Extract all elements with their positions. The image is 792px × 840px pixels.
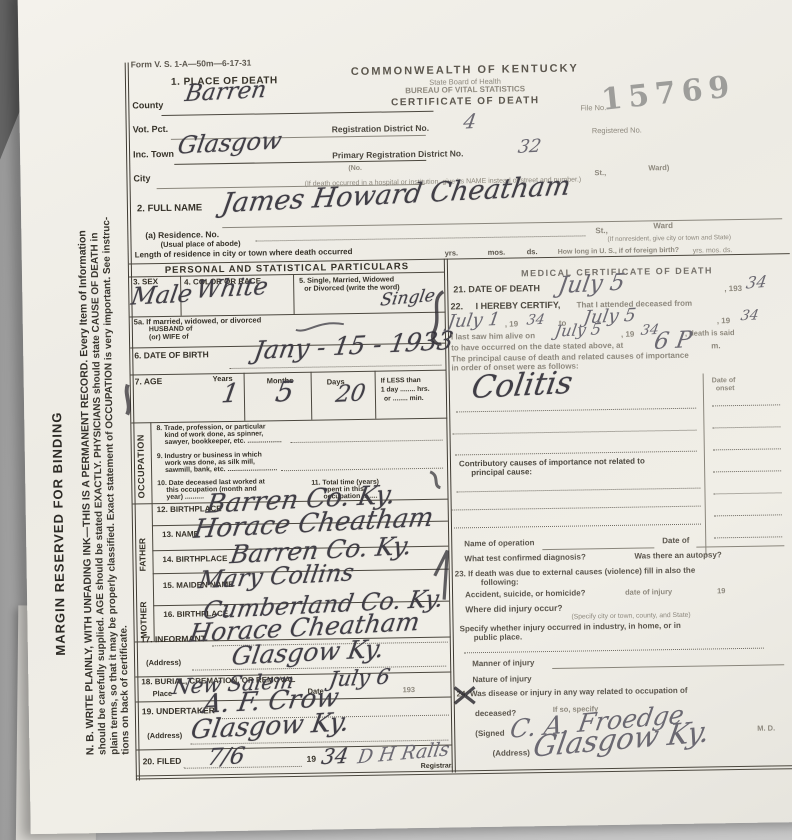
last-saw-value: July 5 bbox=[554, 321, 603, 339]
burial-place-label: Place bbox=[153, 690, 173, 698]
date-of-death-year-print: , 193 bbox=[724, 285, 742, 294]
occupation-10-line3: year) .......... bbox=[166, 493, 204, 501]
age-label: 7. AGE bbox=[135, 377, 163, 386]
if-less-label-1: If LESS than bbox=[381, 377, 421, 385]
operation-date-label: Date of bbox=[662, 537, 689, 546]
if-less-label-3: or ........ min. bbox=[384, 395, 424, 403]
length-mos: mos. bbox=[488, 249, 506, 257]
length-ds: ds. bbox=[527, 248, 538, 256]
last-saw-year-print: , 19 bbox=[621, 331, 634, 340]
ink-mark bbox=[426, 468, 444, 490]
married-label-2: HUSBAND of bbox=[149, 326, 193, 334]
md-label: M. D. bbox=[757, 724, 775, 732]
informant-address-label: (Address) bbox=[146, 659, 181, 667]
physician-address-label: (Address) bbox=[493, 749, 530, 758]
from-year-value: 34 bbox=[526, 313, 546, 328]
sex-value: Male bbox=[129, 281, 194, 308]
q24-label-2: deceased? bbox=[475, 710, 516, 719]
specify-injury-label-2: public place. bbox=[474, 633, 523, 642]
abode-note: (Usual place of abode) bbox=[160, 240, 240, 249]
father-side-label: FATHER bbox=[138, 525, 148, 571]
full-name-label: 2. FULL NAME bbox=[137, 203, 202, 214]
certificate-sheet: MARGIN RESERVED FOR BINDING N. B. WRITE … bbox=[0, 0, 792, 840]
married-label-3: (or) WIFE of bbox=[149, 334, 189, 342]
attended-from-value: July 1 bbox=[446, 311, 501, 332]
undertaker-address-label: (Address) bbox=[147, 732, 182, 740]
nature-label: Nature of injury bbox=[472, 675, 531, 684]
st-note: St., bbox=[594, 169, 606, 177]
last-saw-print: I last saw him alive on bbox=[451, 332, 535, 342]
ink-mark bbox=[426, 288, 449, 350]
ink-mark bbox=[450, 681, 478, 709]
filed-year-value: 34 bbox=[320, 746, 350, 769]
city-label: City bbox=[133, 174, 150, 184]
county-value: Barren bbox=[183, 79, 268, 106]
form-number: Form V. S. 1-A—50m—6-17-31 bbox=[131, 59, 252, 70]
cause-of-death-value: Colitis bbox=[469, 368, 574, 404]
where-injury-label: Where did injury occur? bbox=[465, 604, 562, 614]
contributory-label-2: principal cause: bbox=[471, 468, 532, 477]
injury-19-print: 19 bbox=[717, 587, 725, 595]
foreign-birth-units: yrs. mos. ds. bbox=[693, 247, 733, 255]
residence-st: St., bbox=[595, 227, 608, 236]
registrar-label: Registrar. bbox=[421, 763, 453, 771]
vot-pct-label: Vot. Pct. bbox=[133, 125, 168, 135]
autopsy-label: Was there an autopsy? bbox=[634, 551, 721, 561]
ink-mark bbox=[122, 382, 135, 416]
burial-year-print: 193 bbox=[402, 686, 415, 694]
no-paren-note: (No. bbox=[348, 165, 362, 173]
operation-label: Name of operation bbox=[464, 539, 534, 548]
color-value: White bbox=[194, 274, 269, 302]
registered-no-label: Registered No. bbox=[592, 126, 642, 135]
injury-date-label: date of injury bbox=[625, 588, 672, 597]
inc-town-label: Inc. Town bbox=[133, 150, 174, 160]
dob-label: 6. DATE OF BIRTH bbox=[134, 350, 209, 360]
inc-town-value: Glasgow bbox=[176, 128, 284, 157]
undertaker-address-value: Glasgow Ky. bbox=[189, 709, 351, 743]
ward-note: Ward) bbox=[648, 164, 669, 172]
onset-header-2: onset bbox=[716, 385, 735, 393]
date-of-death-year-value: 34 bbox=[745, 274, 768, 292]
length-yrs: yrs. bbox=[445, 249, 458, 257]
filed-date-value: 7/6 bbox=[206, 745, 247, 770]
occupation-side-label: OCCUPATION bbox=[136, 428, 147, 498]
primary-district-value: 32 bbox=[517, 138, 543, 157]
hour-m-print: m. bbox=[711, 342, 720, 351]
filed-label: 20. FILED bbox=[143, 757, 182, 767]
to-year-value: 34 bbox=[740, 308, 760, 323]
date-of-death-value: July 5 bbox=[556, 272, 626, 299]
date-of-death-label: 21. DATE OF DEATH bbox=[453, 284, 540, 295]
residence-ward: Ward bbox=[653, 222, 673, 231]
county-label: County bbox=[132, 101, 163, 111]
age-days-value: 20 bbox=[334, 382, 367, 407]
mother-side-label: MOTHER bbox=[139, 576, 149, 638]
birthplace-14-label: 14. BIRTHPLACE bbox=[162, 555, 227, 564]
if-less-label-2: 1 day ........ hrs. bbox=[381, 386, 430, 394]
registration-district-label: Registration District No. bbox=[332, 124, 429, 134]
signed-label: (Signed bbox=[475, 730, 504, 739]
from-year-print: , 19 bbox=[505, 320, 518, 329]
manner-label: Manner of injury bbox=[472, 659, 534, 668]
informant-address-value: Glasgow Ky. bbox=[230, 636, 386, 669]
onset-header-1: Date of bbox=[712, 377, 736, 385]
to-year-print: , 19 bbox=[717, 317, 730, 326]
ink-mark bbox=[428, 546, 453, 604]
external-causes-label-2: following: bbox=[481, 578, 519, 587]
filed-year-print: 19 bbox=[307, 755, 317, 764]
